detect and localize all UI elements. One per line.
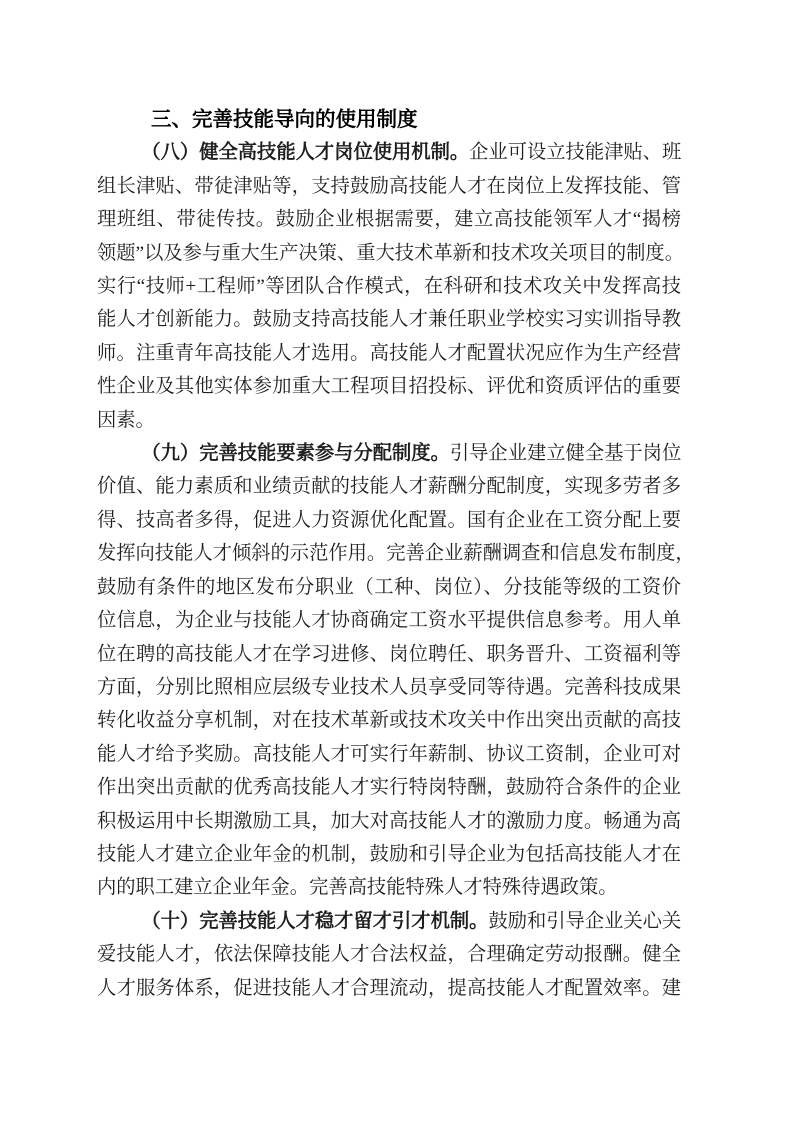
text-line: 积极运用中长期激励工具，加大对高技能人才的激励力度。畅通为高 (97, 805, 681, 838)
text-line: 作出突出贡献的优秀高技能人才实行特岗特酬，鼓励符合条件的企业 (97, 771, 681, 804)
text-line: 方面，分别比照相应层级专业技术人员享受同等待遇。完善科技成果 (97, 671, 681, 704)
text-line: 能人才给予奖励。高技能人才可实行年薪制、协议工资制，企业可对 (97, 738, 681, 771)
text-line: 人才服务体系，促进技能人才合理流动，提高技能人才配置效率。建 (97, 972, 681, 1005)
body-text: 师。注重青年高技能人才选用。高技能人才配置状况应作为生产经营 (97, 343, 681, 364)
text-line: （十）完善技能人才稳才留才引才机制。鼓励和引导企业关心关 (97, 905, 681, 938)
body-text: 内的职工建立企业年金。完善高技能特殊人才特殊待遇政策。 (97, 877, 618, 898)
body-text: 位信息，为企业与技能人才协商确定工资水平提供信息参考。用人单 (97, 610, 681, 631)
body-text: 方面，分别比照相应层级专业技术人员享受同等待遇。完善科技成果 (97, 677, 681, 698)
text-line: 理班组、带徒传技。鼓励企业根据需要，建立高技能领军人才“揭榜 (97, 203, 681, 236)
text-line: 能人才创新能力。鼓励支持高技能人才兼任职业学校实习实训指导教 (97, 303, 681, 336)
text-line: 位信息，为企业与技能人才协商确定工资水平提供信息参考。用人单 (97, 604, 681, 637)
body-text: 得、技高者多得，促进人力资源优化配置。国有企业在工资分配上要 (97, 510, 681, 531)
text-line: 实行“技师+工程师”等团队合作模式，在科研和技术攻关中发挥高技 (97, 270, 681, 303)
text-line: 领题”以及参与重大生产决策、重大技术革新和技术攻关项目的制度。 (97, 237, 681, 270)
body-text: 引导企业建立健全基于岗位 (450, 443, 681, 464)
body-text: 爱技能人才，依法保障技能人才合法权益，合理确定劳动报酬。健全 (97, 944, 681, 965)
body-text: 领题”以及参与重大生产决策、重大技术革新和技术攻关项目的制度。 (97, 243, 684, 264)
body-text: 技能人才建立企业年金的机制，鼓励和引导企业为包括高技能人才在 (97, 844, 681, 865)
text-line: 因素。 (97, 404, 681, 437)
text-line: 鼓励有条件的地区发布分职业（工种、岗位）、分技能等级的工资价 (97, 571, 681, 604)
text-line: 得、技高者多得，促进人力资源优化配置。国有企业在工资分配上要 (97, 504, 681, 537)
body-text: 积极运用中长期激励工具，加大对高技能人才的激励力度。畅通为高 (97, 811, 681, 832)
paragraph: （八）健全高技能人才岗位使用机制。企业可设立技能津贴、班组长津贴、带徒津贴等，支… (97, 136, 681, 437)
text-line: 性企业及其他实体参加重大工程项目招投标、评优和资质评估的重要 (97, 370, 681, 403)
body-text: 企业可设立技能津贴、班 (469, 142, 681, 163)
text-line: 发挥向技能人才倾斜的示范作用。完善企业薪酬调查和信息发布制度， (97, 537, 681, 570)
text-line: 爱技能人才，依法保障技能人才合法权益，合理确定劳动报酬。健全 (97, 938, 681, 971)
paragraph-lead-text: （十）完善技能人才稳才留才引才机制。 (141, 911, 488, 932)
document-body: （八）健全高技能人才岗位使用机制。企业可设立技能津贴、班组长津贴、带徒津贴等，支… (97, 136, 681, 1005)
body-text: 能人才给予奖励。高技能人才可实行年薪制、协议工资制，企业可对 (97, 744, 681, 765)
text-line: 师。注重青年高技能人才选用。高技能人才配置状况应作为生产经营 (97, 337, 681, 370)
body-text: 鼓励有条件的地区发布分职业（工种、岗位）、分技能等级的工资价 (97, 577, 681, 598)
body-text: 价值、能力素质和业绩贡献的技能人才薪酬分配制度，实现多劳者多 (97, 476, 681, 497)
body-text: 性企业及其他实体参加重大工程项目招投标、评优和资质评估的重要 (97, 376, 681, 397)
paragraph: （十）完善技能人才稳才留才引才机制。鼓励和引导企业关心关爱技能人才，依法保障技能… (97, 905, 681, 1005)
body-text: 位在聘的高技能人才在学习进修、岗位聘任、职务晋升、工资福利等 (97, 644, 681, 665)
text-line: （九）完善技能要素参与分配制度。引导企业建立健全基于岗位 (97, 437, 681, 470)
document-page: 三、完善技能导向的使用制度 （八）健全高技能人才岗位使用机制。企业可设立技能津贴… (0, 0, 793, 1122)
paragraph: （九）完善技能要素参与分配制度。引导企业建立健全基于岗位价值、能力素质和业绩贡献… (97, 437, 681, 905)
text-line: 技能人才建立企业年金的机制，鼓励和引导企业为包括高技能人才在 (97, 838, 681, 871)
body-text: 作出突出贡献的优秀高技能人才实行特岗特酬，鼓励符合条件的企业 (97, 777, 681, 798)
body-text: 因素。 (97, 410, 155, 431)
paragraph-lead-text: （八）健全高技能人才岗位使用机制。 (141, 142, 469, 163)
body-text: 理班组、带徒传技。鼓励企业根据需要，建立高技能领军人才“揭榜 (97, 209, 681, 230)
text-line: 组长津贴、带徒津贴等，支持鼓励高技能人才在岗位上发挥技能、管 (97, 170, 681, 203)
body-text: 实行“技师+工程师”等团队合作模式，在科研和技术攻关中发挥高技 (97, 276, 681, 297)
section-heading: 三、完善技能导向的使用制度 (97, 103, 681, 136)
body-text: 发挥向技能人才倾斜的示范作用。完善企业薪酬调查和信息发布制度， (97, 543, 695, 564)
paragraph-lead-text: （九）完善技能要素参与分配制度。 (141, 443, 450, 464)
body-text: 人才服务体系，促进技能人才合理流动，提高技能人才配置效率。建 (97, 978, 681, 999)
body-text: 鼓励和引导企业关心关 (488, 911, 681, 932)
body-text: 能人才创新能力。鼓励支持高技能人才兼任职业学校实习实训指导教 (97, 309, 681, 330)
text-line: 位在聘的高技能人才在学习进修、岗位聘任、职务晋升、工资福利等 (97, 638, 681, 671)
text-line: 转化收益分享机制，对在技术革新或技术攻关中作出突出贡献的高技 (97, 704, 681, 737)
text-line: （八）健全高技能人才岗位使用机制。企业可设立技能津贴、班 (97, 136, 681, 169)
text-line: 价值、能力素质和业绩贡献的技能人才薪酬分配制度，实现多劳者多 (97, 470, 681, 503)
text-line: 内的职工建立企业年金。完善高技能特殊人才特殊待遇政策。 (97, 871, 681, 904)
body-text: 转化收益分享机制，对在技术革新或技术攻关中作出突出贡献的高技 (97, 710, 681, 731)
body-text: 组长津贴、带徒津贴等，支持鼓励高技能人才在岗位上发挥技能、管 (97, 176, 681, 197)
